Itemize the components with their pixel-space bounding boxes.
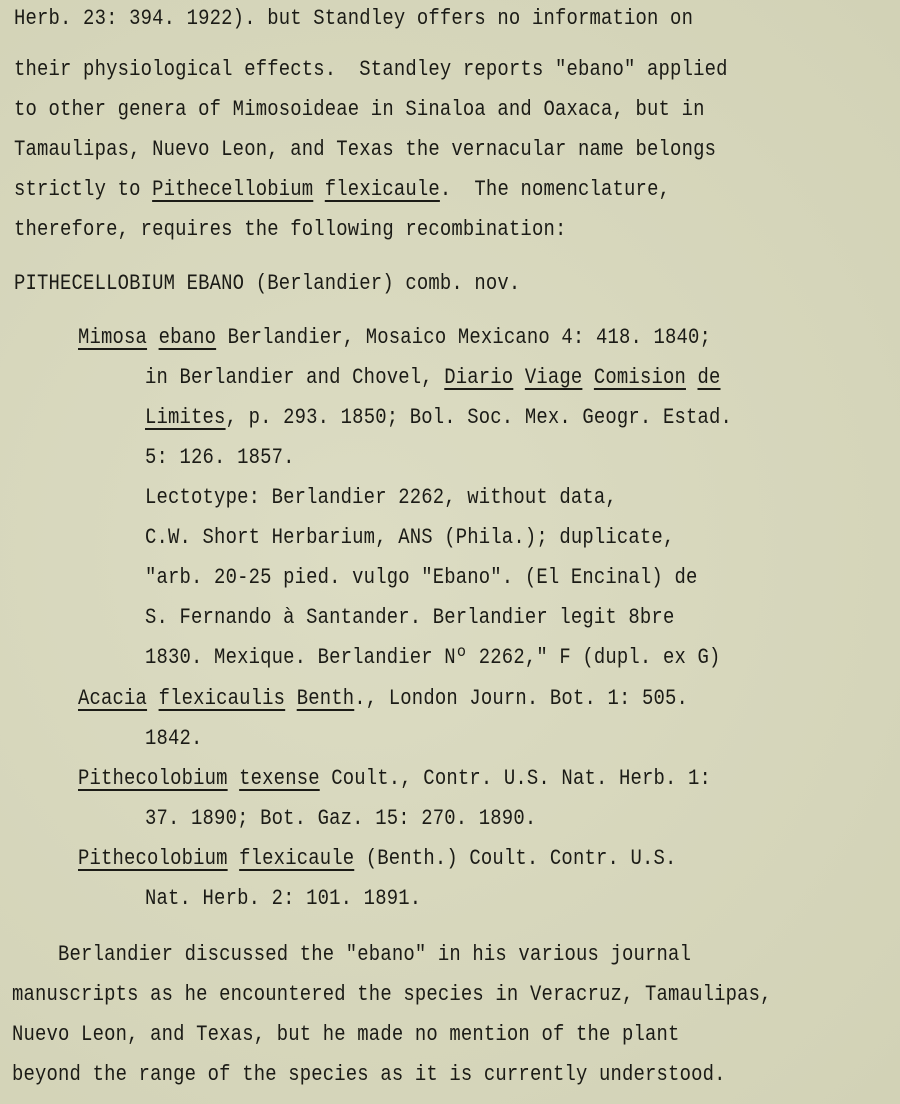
synonym-line: Pithecolobium flexicaule (Benth.) Coult.…	[78, 844, 677, 872]
author-name: Benth	[297, 685, 355, 711]
taxon-heading: PITHECELLOBIUM EBANO (Berlandier) comb. …	[14, 269, 520, 297]
synonym-line: Mimosa ebano Berlandier, Mosaico Mexican…	[78, 323, 711, 351]
text-line: their physiological effects. Standley re…	[14, 55, 728, 83]
synonym-line: Nat. Herb. 2: 101. 1891.	[145, 884, 421, 912]
synonym-line: Acacia flexicaulis Benth., London Journ.…	[78, 684, 688, 712]
text-line: to other genera of Mimosoideae in Sinalo…	[14, 95, 705, 123]
text-segment	[228, 765, 240, 791]
synonym-line: 1842.	[145, 724, 203, 752]
text-line: Berlandier discussed the "ebano" in his …	[12, 940, 691, 968]
text-line: Nuevo Leon, and Texas, but he made no me…	[12, 1020, 680, 1048]
synonym-line: in Berlandier and Chovel, Diario Viage C…	[145, 363, 721, 391]
publication-title: Diario	[444, 364, 513, 390]
taxon-name: flexicaule	[325, 176, 440, 202]
text-segment: in Berlandier and Chovel,	[145, 364, 444, 390]
lectotype-line: 1830. Mexique. Berlandier Nº 2262," F (d…	[145, 643, 721, 671]
text-segment: Berlandier, Mosaico Mexicano 4: 418. 184…	[216, 324, 711, 350]
taxon-name: texense	[239, 765, 320, 791]
synonym-line: Limites, p. 293. 1850; Bol. Soc. Mex. Ge…	[145, 403, 732, 431]
text-segment: . The nomenclature,	[440, 176, 670, 202]
synonym-line: 5: 126. 1857.	[145, 443, 295, 471]
taxon-name: Pithecellobium	[152, 176, 313, 202]
text-line: Herb. 23: 394. 1922). but Standley offer…	[14, 4, 693, 32]
text-segment	[147, 685, 159, 711]
text-segment	[285, 685, 297, 711]
text-segment: (Benth.) Coult. Contr. U.S.	[354, 845, 676, 871]
publication-title: Viage	[525, 364, 583, 390]
text-segment	[582, 364, 594, 390]
text-line: beyond the range of the species as it is…	[12, 1060, 726, 1088]
text-segment	[686, 364, 698, 390]
text-segment: , p. 293. 1850; Bol. Soc. Mex. Geogr. Es…	[226, 404, 732, 430]
synonym-line: 37. 1890; Bot. Gaz. 15: 270. 1890.	[145, 804, 536, 832]
lectotype-line: Lectotype: Berlandier 2262, without data…	[145, 483, 617, 511]
taxon-name: Acacia	[78, 685, 147, 711]
lectotype-line: C.W. Short Herbarium, ANS (Phila.); dupl…	[145, 523, 674, 551]
text-line: Tamaulipas, Nuevo Leon, and Texas the ve…	[14, 136, 716, 162]
text-segment: strictly to	[14, 176, 152, 202]
taxon-name: ebano	[159, 324, 217, 350]
taxon-name: Pithecolobium	[78, 845, 228, 871]
publication-title: Comision	[594, 364, 686, 390]
text-segment	[513, 364, 525, 390]
text-line: therefore, requires the following recomb…	[14, 215, 566, 243]
lectotype-line: "arb. 20-25 pied. vulgo "Ebano". (El Enc…	[145, 563, 697, 591]
taxon-name: flexicaulis	[159, 685, 286, 711]
document-page: Herb. 23: 394. 1922). but Standley offer…	[0, 0, 900, 1104]
text-line: manuscripts as he encountered the specie…	[12, 980, 772, 1008]
text-segment	[228, 845, 240, 871]
synonym-line: Pithecolobium texense Coult., Contr. U.S…	[78, 764, 711, 792]
text-line: strictly to Pithecellobium flexicaule. T…	[14, 175, 670, 203]
text-line: Tamaulipas, Nuevo Leon, and Texas the ve…	[14, 135, 716, 163]
lectotype-line: S. Fernando à Santander. Berlandier legi…	[145, 603, 674, 631]
text-segment: Coult., Contr. U.S. Nat. Herb. 1:	[320, 765, 711, 791]
taxon-name: Pithecolobium	[78, 765, 228, 791]
publication-title: Limites	[145, 404, 226, 430]
publication-title: de	[697, 364, 720, 390]
taxon-name: flexicaule	[239, 845, 354, 871]
taxon-name: Mimosa	[78, 324, 147, 350]
text-segment: ., London Journ. Bot. 1: 505.	[354, 685, 688, 711]
text-segment	[313, 176, 325, 202]
text-segment	[147, 324, 159, 350]
